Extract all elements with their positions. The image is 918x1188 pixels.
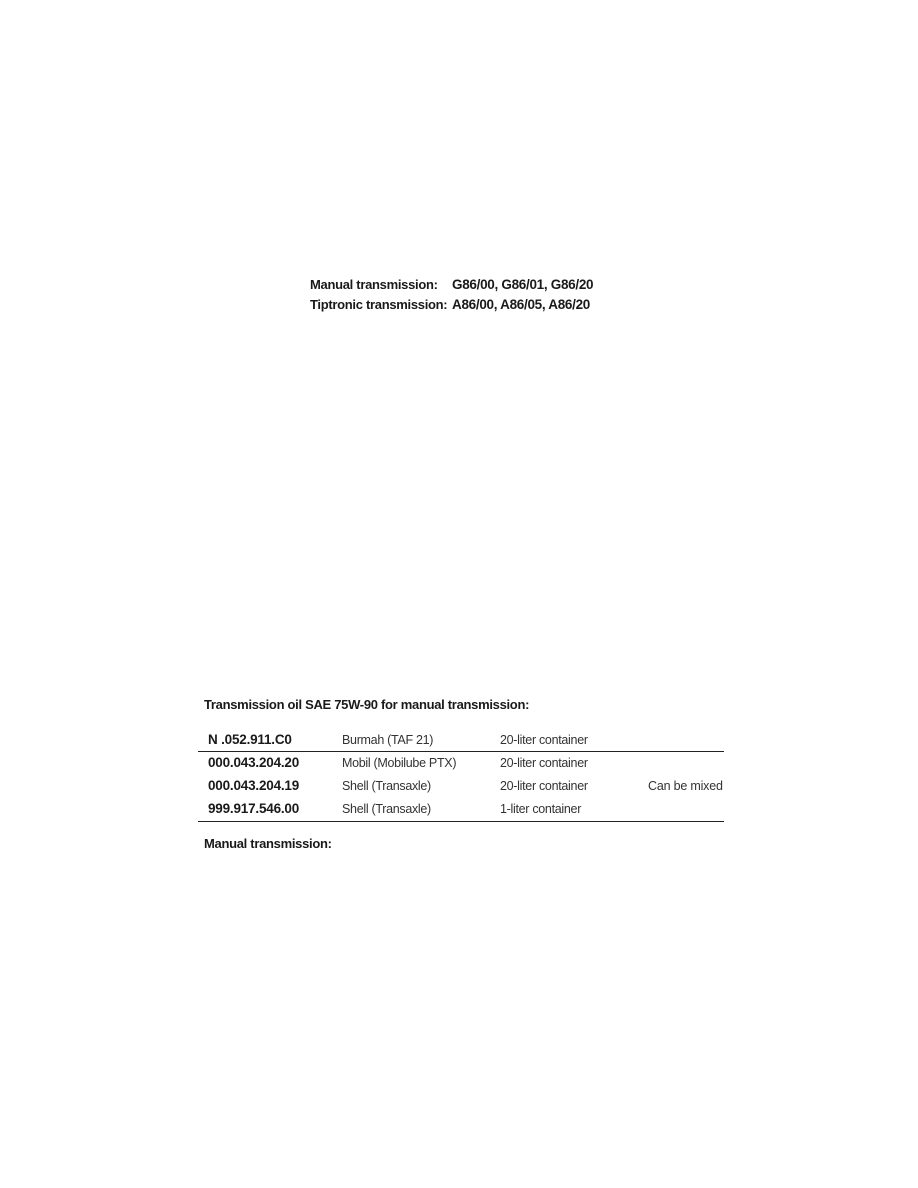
table-bottom-rule: [198, 821, 724, 822]
container-size: 20-liter container: [500, 756, 648, 770]
transmission-label: Tiptronic transmission:: [310, 297, 452, 312]
transmission-types: Manual transmission: G86/00, G86/01, G86…: [310, 274, 593, 314]
part-number: 000.043.204.20: [198, 755, 342, 770]
container-size: 20-liter container: [500, 733, 648, 747]
part-number: 999.917.546.00: [198, 801, 342, 816]
table-row: N .052.911.C0 Burmah (TAF 21) 20-liter c…: [198, 728, 724, 751]
container-size: 1-liter container: [500, 802, 648, 816]
row-note: Can be mixed: [648, 779, 723, 793]
part-number: 000.043.204.19: [198, 778, 342, 793]
oil-brand: Mobil (Mobilube PTX): [342, 756, 500, 770]
table-divider: [198, 751, 724, 752]
manual-transmission-heading: Manual transmission:: [204, 836, 332, 851]
oil-section-title: Transmission oil SAE 75W-90 for manual t…: [204, 697, 529, 712]
oil-table: N .052.911.C0 Burmah (TAF 21) 20-liter c…: [198, 728, 724, 820]
oil-brand: Shell (Transaxle): [342, 802, 500, 816]
table-row: 000.043.204.19 Shell (Transaxle) 20-lite…: [198, 774, 724, 797]
transmission-codes: G86/00, G86/01, G86/20: [452, 277, 593, 292]
oil-brand: Burmah (TAF 21): [342, 733, 500, 747]
table-row: 000.043.204.20 Mobil (Mobilube PTX) 20-l…: [198, 751, 724, 774]
container-size: 20-liter container: [500, 779, 648, 793]
part-number: N .052.911.C0: [198, 732, 342, 747]
manual-transmission-row: Manual transmission: G86/00, G86/01, G86…: [310, 274, 593, 294]
transmission-label: Manual transmission:: [310, 277, 452, 292]
table-row: 999.917.546.00 Shell (Transaxle) 1-liter…: [198, 797, 724, 820]
tiptronic-transmission-row: Tiptronic transmission: A86/00, A86/05, …: [310, 294, 593, 314]
transmission-codes: A86/00, A86/05, A86/20: [452, 297, 590, 312]
oil-brand: Shell (Transaxle): [342, 779, 500, 793]
